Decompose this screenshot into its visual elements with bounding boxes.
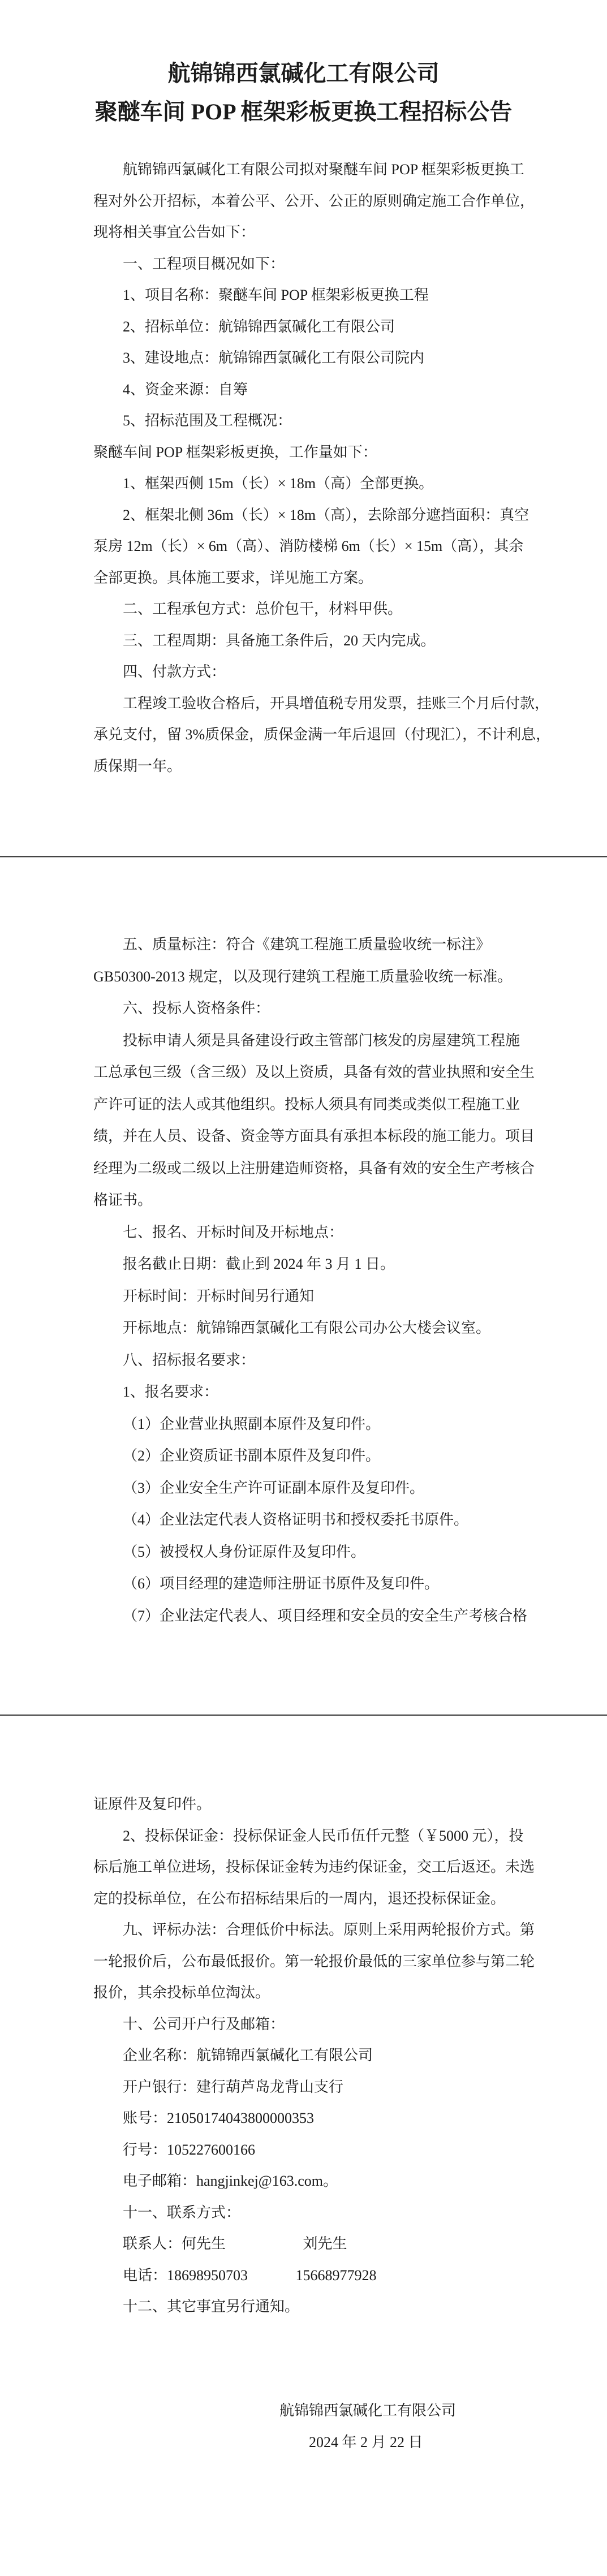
document-line: 泵房 12m（长）× 6m（高）、消防楼梯 6m（长）× 15m（高），其余	[0, 531, 607, 562]
document-line: 证原件及复印件。	[0, 1789, 607, 1820]
document-line: 一轮报价后，公布最低报价。第一轮报价最低的三家单位参与第二轮	[0, 1946, 607, 1978]
document-page-3: 证原件及复印件。2、投标保证金：投标保证金人民币伍仟元整（￥5000 元），投标…	[0, 1716, 607, 2576]
signature-company: 航锦锦西氯碱化工有限公司	[0, 2395, 607, 2427]
document-line: 一、工程项目概况如下：	[0, 248, 607, 280]
document-line: 2、招标单位：航锦锦西氯碱化工有限公司	[0, 311, 607, 343]
document-line: 2、投标保证金：投标保证金人民币伍仟元整（￥5000 元），投	[0, 1820, 607, 1852]
document-line: 开标地点：航锦锦西氯碱化工有限公司办公大楼会议室。	[0, 1312, 607, 1345]
document-line: 标后施工单位进场，投标保证金转为违约保证金，交工后返还。未选	[0, 1851, 607, 1883]
document-line: 定的投标单位，在公布招标结果后的一周内，退还投标保证金。	[0, 1883, 607, 1915]
document-line: 电子邮箱：hangjinkej@163.com。	[0, 2165, 607, 2197]
document-line: 经理为二级或二级以上注册建造师资格，具备有效的安全生产考核合	[0, 1153, 607, 1185]
document-line: （3）企业安全生产许可证副本原件及复印件。	[0, 1472, 607, 1505]
document-line: 四、付款方式：	[0, 656, 607, 688]
document-line: 程对外公开招标，本着公平、公开、公正的原则确定施工合作单位，	[0, 186, 607, 217]
page-1-body: 航锦锦西氯碱化工有限公司拟对聚醚车间 POP 框架彩板更换工程对外公开招标，本着…	[0, 154, 607, 782]
document-line: 报名截止日期：截止到 2024 年 3 月 1 日。	[0, 1248, 607, 1281]
tender-announcement-document: 航锦锦西氯碱化工有限公司 聚醚车间 POP 框架彩板更换工程招标公告 航锦锦西氯…	[0, 0, 607, 2576]
document-line: （1）企业营业执照副本原件及复印件。	[0, 1408, 607, 1441]
document-line: （5）被授权人身份证原件及复印件。	[0, 1536, 607, 1569]
document-line: （4）企业法定代表人资格证明书和授权委托书原件。	[0, 1504, 607, 1536]
document-line: 1、框架西侧 15m（长）× 18m（高）全部更换。	[0, 468, 607, 499]
document-line: 5、招标范围及工程概况：	[0, 405, 607, 437]
document-title: 航锦锦西氯碱化工有限公司 聚醚车间 POP 框架彩板更换工程招标公告	[0, 0, 607, 131]
document-line: 产许可证的法人或其他组织。投标人须具有同类或类似工程施工业	[0, 1089, 607, 1121]
signature-block: 航锦锦西氯碱化工有限公司 2024 年 2 月 22 日	[0, 2395, 607, 2458]
page-3-body: 证原件及复印件。2、投标保证金：投标保证金人民币伍仟元整（￥5000 元），投标…	[0, 1716, 607, 2323]
document-line: 报价，其余投标单位淘汰。	[0, 1977, 607, 2009]
document-line: 现将相关事宜公告如下：	[0, 217, 607, 248]
signature-date: 2024 年 2 月 22 日	[0, 2427, 607, 2458]
document-page-2: 五、质量标注：符合《建筑工程施工质量验收统一标注》GB50300-2013 规定…	[0, 858, 607, 1715]
document-page-1: 航锦锦西氯碱化工有限公司 聚醚车间 POP 框架彩板更换工程招标公告 航锦锦西氯…	[0, 0, 607, 856]
document-title-line1: 航锦锦西氯碱化工有限公司	[0, 54, 607, 93]
document-line: 账号：21050174043800000353	[0, 2103, 607, 2134]
document-line: 十一、联系方式：	[0, 2197, 607, 2229]
document-line: 六、投标人资格条件：	[0, 993, 607, 1025]
document-line: 企业名称：航锦锦西氯碱化工有限公司	[0, 2040, 607, 2071]
document-line: 三、工程周期：具备施工条件后，20 天内完成。	[0, 625, 607, 657]
document-line: 开户银行：建行葫芦岛龙背山支行	[0, 2071, 607, 2103]
document-line: 八、招标报名要求：	[0, 1345, 607, 1377]
page-2-body: 五、质量标注：符合《建筑工程施工质量验收统一标注》GB50300-2013 规定…	[0, 858, 607, 1632]
document-line: 投标申请人须是具备建设行政主管部门核发的房屋建筑工程施	[0, 1025, 607, 1057]
document-line: 五、质量标注：符合《建筑工程施工质量验收统一标注》	[0, 929, 607, 961]
document-line: 2、框架北侧 36m（长）× 18m（高），去除部分遮挡面积：真空	[0, 499, 607, 531]
document-line: 聚醚车间 POP 框架彩板更换，工作量如下：	[0, 437, 607, 468]
document-title-line2: 聚醚车间 POP 框架彩板更换工程招标公告	[0, 93, 607, 131]
document-line: 绩，并在人员、设备、资金等方面具有承担本标段的施工能力。项目	[0, 1121, 607, 1153]
document-line: 格证书。	[0, 1184, 607, 1217]
document-line: 七、报名、开标时间及开标地点：	[0, 1217, 607, 1249]
document-line: 十二、其它事宜另行通知。	[0, 2291, 607, 2323]
document-line: 开标时间：开标时间另行通知	[0, 1281, 607, 1313]
document-line: 质保期一年。	[0, 751, 607, 782]
document-line: 工总承包三级（含三级）及以上资质，具备有效的营业执照和安全生	[0, 1057, 607, 1089]
document-line: 二、工程承包方式：总价包干，材料甲供。	[0, 593, 607, 625]
document-line: 3、建设地点：航锦锦西氯碱化工有限公司院内	[0, 342, 607, 374]
document-line: 承兑支付，留 3%质保金，质保金满一年后退回（付现汇），不计利息，	[0, 719, 607, 751]
document-line: 4、资金来源：自筹	[0, 374, 607, 406]
document-line: （7）企业法定代表人、项目经理和安全员的安全生产考核合格	[0, 1600, 607, 1632]
document-line: 联系人：何先生 刘先生	[0, 2228, 607, 2260]
document-line: 工程竣工验收合格后，开具增值税专用发票，挂账三个月后付款，	[0, 688, 607, 720]
document-line: 电话：18698950703 15668977928	[0, 2260, 607, 2291]
document-line: 全部更换。具体施工要求，详见施工方案。	[0, 562, 607, 594]
document-line: 行号：105227600166	[0, 2134, 607, 2166]
document-line: 1、报名要求：	[0, 1376, 607, 1408]
document-line: 十、公司开户行及邮箱：	[0, 2009, 607, 2040]
document-line: （6）项目经理的建造师注册证书原件及复印件。	[0, 1568, 607, 1600]
document-line: 1、项目名称：聚醚车间 POP 框架彩板更换工程	[0, 279, 607, 311]
document-line: 航锦锦西氯碱化工有限公司拟对聚醚车间 POP 框架彩板更换工	[0, 154, 607, 186]
document-line: GB50300-2013 规定，以及现行建筑工程施工质量验收统一标准。	[0, 961, 607, 993]
document-line: （2）企业资质证书副本原件及复印件。	[0, 1440, 607, 1472]
document-line: 九、评标办法：合理低价中标法。原则上采用两轮报价方式。第	[0, 1914, 607, 1946]
